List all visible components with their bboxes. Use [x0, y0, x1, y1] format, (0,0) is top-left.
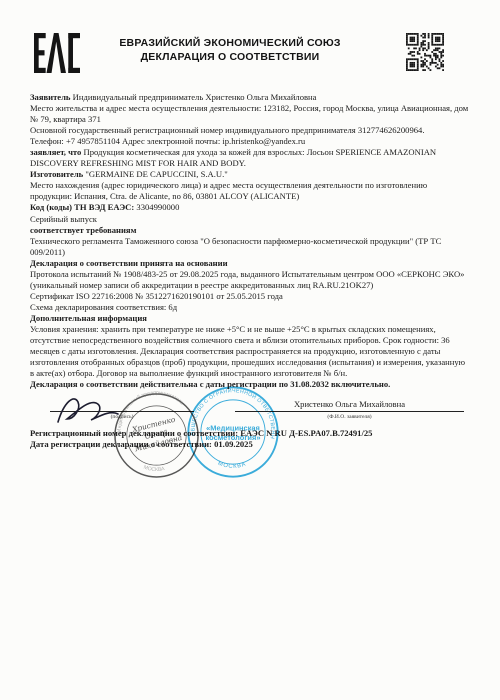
applicant-label: Заявитель	[30, 92, 70, 102]
blue-stamp-city: МОСКВА	[217, 461, 247, 470]
svg-text:МОСКВА: МОСКВА	[217, 461, 247, 470]
applicant-address: Место жительства и адрес места осуществл…	[30, 103, 470, 125]
declares-label: заявляет, что	[30, 147, 81, 157]
blue-stamp-org-line2: косметология»	[206, 433, 261, 442]
additional-heading: Дополнительная информация	[30, 313, 470, 324]
eac-logo-icon	[34, 33, 80, 73]
release-type: Серийный выпуск	[30, 214, 470, 225]
applicant-name: Индивидуальный предприниматель Христенко…	[73, 92, 317, 102]
basis-certificate: Сертификат ISO 22716:2008 № 351227162019…	[30, 291, 470, 302]
manufacturer-address: Место нахождения (адрес юридического лиц…	[30, 180, 470, 202]
header-doc-title: ДЕКЛАРАЦИЯ О СООТВЕТСТВИИ	[80, 51, 380, 65]
header: ЕВРАЗИЙСКИЙ ЭКОНОМИЧЕСКИЙ СОЮЗ ДЕКЛАРАЦИ…	[80, 37, 380, 64]
manufacturer-name: "GERMAINE DE CAPUCCINI, S.A.U."	[85, 169, 227, 179]
applicant-ogrn: Основной государственный регистрационный…	[30, 125, 470, 136]
svg-text:МОСКВА: МОСКВА	[143, 464, 166, 473]
manufacturer-label: Изготовитель	[30, 169, 83, 179]
basis-protocol: Протокола испытаний № 1908/483-25 от 29.…	[30, 269, 470, 291]
additional-text: Условия хранения: хранить при температур…	[30, 324, 470, 379]
compliance-heading: соответствует требованиям	[30, 225, 470, 236]
tnved-line: Код (коды) ТН ВЭД ЕАЭС: 3304990000	[30, 202, 470, 213]
manufacturer-line: Изготовитель "GERMAINE DE CAPUCCINI, S.A…	[30, 169, 470, 180]
basis-scheme: Схема декларирования соответствия: 6д	[30, 302, 470, 313]
tnved-value: 3304990000	[136, 202, 179, 212]
applicant-contacts: Телефон: +7 4957851104 Адрес электронной…	[30, 136, 470, 147]
product-description: Продукция косметическая для ухода за кож…	[30, 147, 436, 168]
applicant-line: Заявитель Индивидуальный предприниматель…	[30, 92, 470, 103]
header-union-name: ЕВРАЗИЙСКИЙ ЭКОНОМИЧЕСКИЙ СОЮЗ	[80, 37, 380, 51]
blue-ink-stamp: ОБЩЕСТВО С ОГРАНИЧЕННОЙ ОТВЕТСТВЕННОСТЬЮ…	[186, 385, 280, 479]
declaration-page: ЕВРАЗИЙСКИЙ ЭКОНОМИЧЕСКИЙ СОЮЗ ДЕКЛАРАЦИ…	[0, 0, 500, 700]
tnved-label: Код (коды) ТН ВЭД ЕАЭС:	[30, 202, 134, 212]
product-line: заявляет, что Продукция косметическая дл…	[30, 147, 470, 169]
qr-code-icon	[406, 33, 444, 71]
compliance-regulation: Технического регламента Таможенного союз…	[30, 236, 470, 258]
basis-heading: Декларация о соответствии принята на осн…	[30, 258, 470, 269]
blue-stamp-org-line1: «Медицинская	[206, 423, 260, 432]
black-stamp-city: МОСКВА	[143, 464, 166, 473]
